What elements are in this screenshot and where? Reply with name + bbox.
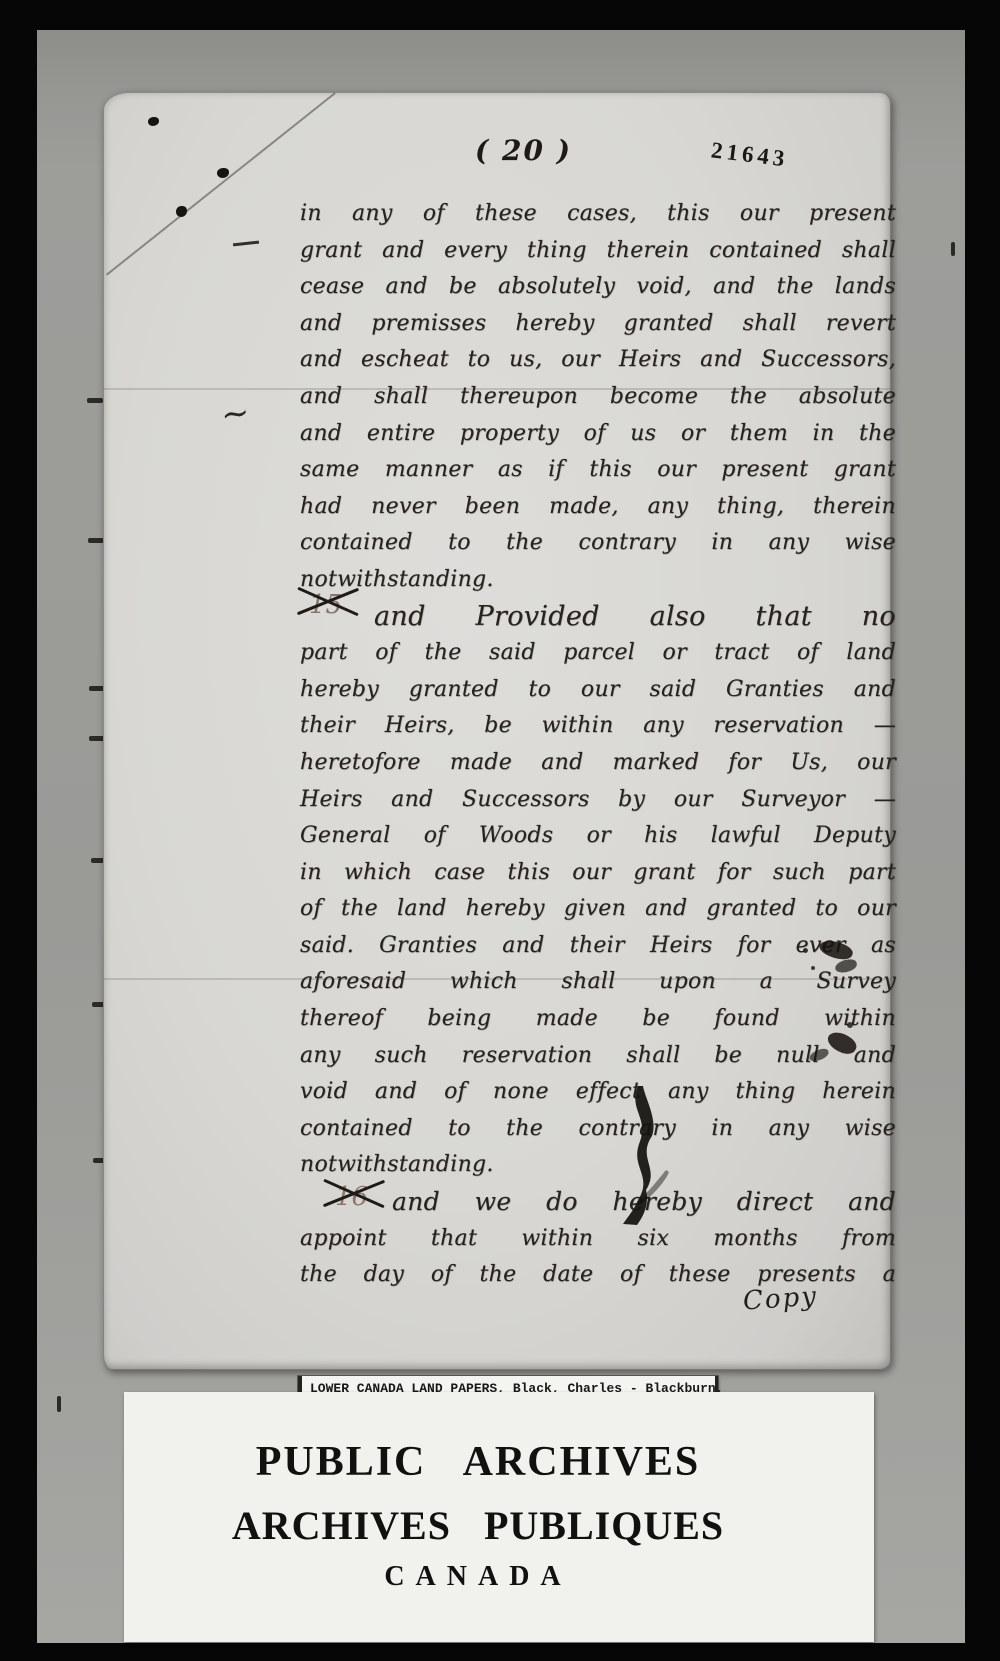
manuscript-line: General of Woods or his lawful Deputy [300, 818, 896, 855]
manuscript-line: hereby granted to our said Granties and [300, 672, 896, 709]
manuscript-line: heretofore made and marked for Us, our [300, 745, 896, 782]
manuscript-line: contained to the contrary in any wise [300, 525, 896, 562]
manuscript-line: and escheat to us, our Heirs and Success… [300, 342, 896, 379]
manuscript-line: grant and every thing therein contained … [300, 233, 896, 270]
page-number: ( 20 ) [475, 134, 572, 167]
manuscript-line: same manner as if this our present grant [300, 452, 896, 489]
manuscript-line: notwithstanding. [300, 1147, 896, 1184]
manuscript-line: and premisses hereby granted shall rever… [300, 306, 896, 343]
manuscript-line: their Heirs, be within any reservation — [300, 708, 896, 745]
stitch-mark [87, 398, 103, 403]
stamp-line-canada: CANADA [124, 1561, 874, 1593]
stamp-line-public-archives: PUBLIC ARCHIVES [124, 1438, 874, 1486]
manuscript-line: Heirs and Successors by our Surveyor — [300, 782, 896, 819]
document-number: 21643 [710, 137, 790, 172]
stitch-mark [88, 538, 104, 543]
manuscript-line: void and of none effect any thing herein [300, 1074, 896, 1111]
manuscript-line: of the land hereby given and granted to … [300, 891, 896, 928]
ink-blot [791, 938, 871, 1068]
manuscript-body: in any of these cases, this our present … [300, 196, 896, 1294]
manuscript-paper: ~ ( 20 ) 21643 in any of these cases, th… [103, 92, 891, 1370]
stamp-line-archives-publiques: ARCHIVES PUBLIQUES [124, 1502, 874, 1549]
manuscript-line: part of the said parcel or tract of land [300, 635, 896, 672]
manuscript-line: notwithstanding. [300, 562, 896, 599]
manuscript-line: and Provided also that no [300, 599, 896, 636]
margin-squiggle: ~ [218, 392, 252, 436]
closing-copy: Copy [742, 1281, 819, 1316]
margin-number-16: 16 [335, 1182, 368, 1212]
manuscript-line: appoint that within six months from [300, 1221, 896, 1258]
manuscript-line: and shall thereupon become the absolute [300, 379, 896, 416]
margin-dash [233, 241, 259, 247]
manuscript-line: and entire property of us or them in the [300, 416, 896, 453]
manuscript-line: and we do hereby direct and [300, 1184, 896, 1221]
manuscript-line: in any of these cases, this our present [300, 196, 896, 233]
scanned-document-page: { "manuscript": { "page_number": "( 20 )… [0, 0, 1000, 1661]
stitch-mark [951, 242, 955, 256]
ink-spot [148, 117, 159, 126]
archives-stamp-card: PUBLIC ARCHIVES ARCHIVES PUBLIQUES CANAD… [124, 1392, 874, 1642]
manuscript-line: had never been made, any thing, therein [300, 489, 896, 526]
ink-spot [176, 206, 187, 217]
manuscript-line: contained to the contrary in any wise [300, 1111, 896, 1148]
manuscript-line: in which case this our grant for such pa… [300, 855, 896, 892]
manuscript-line: cease and be absolutely void, and the la… [300, 269, 896, 306]
margin-number-15: 15 [309, 590, 342, 620]
ink-blot [608, 1084, 670, 1230]
stitch-mark [57, 1396, 61, 1412]
